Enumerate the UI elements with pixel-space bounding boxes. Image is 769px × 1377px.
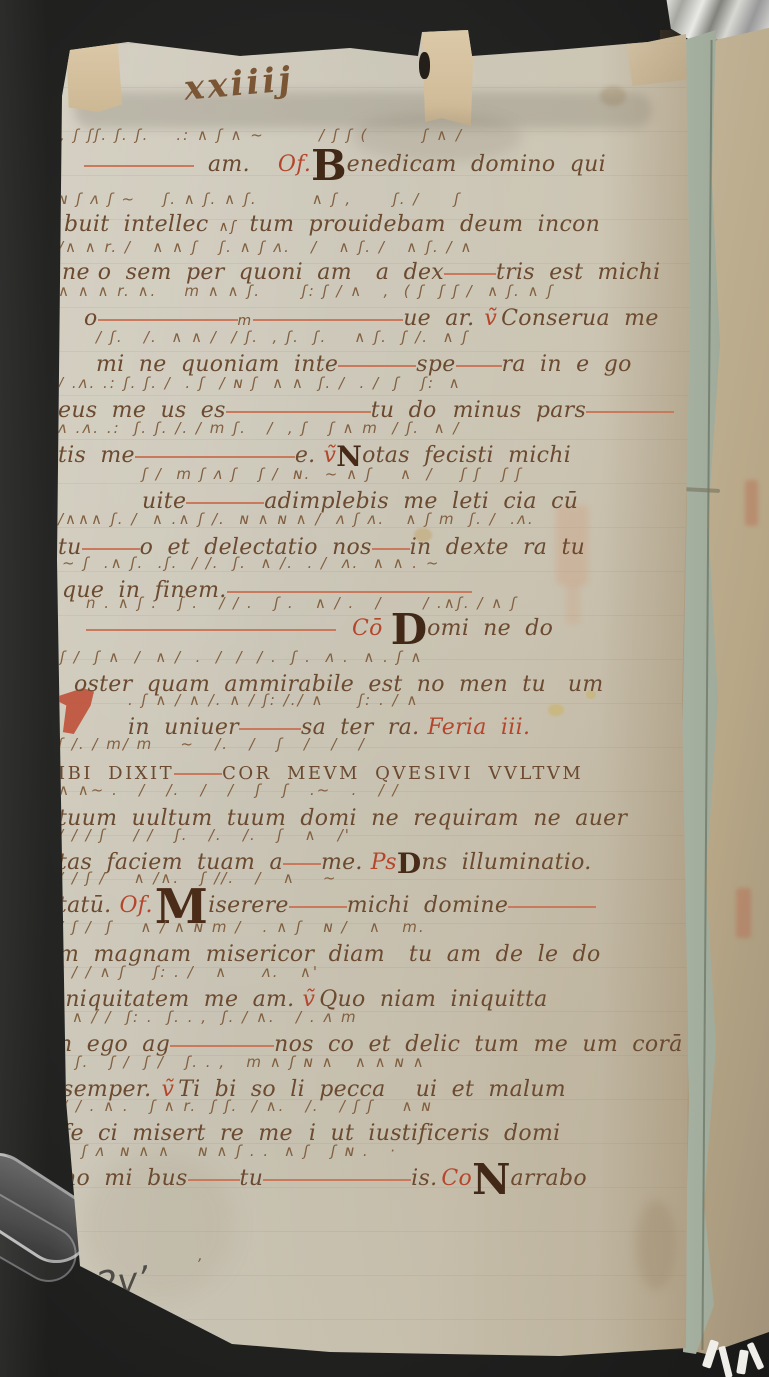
latin-text: enedicam domino qui [347, 152, 606, 177]
red-filler-line [444, 264, 496, 279]
neume-line: / ʃ / ʃ ∧ / ∧ ɴ m / . ∧ ʃ ɴ / ∧ m. [58, 918, 426, 936]
sewing-thread [747, 1342, 765, 1370]
neume-line: , [198, 1246, 205, 1264]
red-filler-line [98, 310, 238, 325]
red-filler-line [174, 764, 222, 779]
rubric: Feria iii. [427, 715, 530, 740]
spacer [474, 324, 484, 325]
latin-text: Conserua me [501, 306, 659, 331]
red-filler-line [135, 447, 295, 462]
parchment-hole [419, 52, 430, 79]
latin-text: am. [208, 152, 250, 177]
latin-text: no mi bus [62, 1166, 188, 1191]
decorated-initial: B [311, 141, 347, 190]
spacer [237, 230, 249, 231]
latin-text: minus pars [453, 398, 587, 423]
neume-line: ʃ /. / m/ m ~ /. / ʃ / / / [58, 735, 366, 753]
latin-text: ra in e go [502, 352, 632, 377]
rubric: Cō [352, 616, 383, 641]
spacer [546, 690, 568, 691]
sewing-thread [736, 1349, 749, 1374]
rubric: Co [441, 1166, 472, 1191]
spacer [469, 634, 483, 635]
latin-text: ui et malum [416, 1077, 566, 1102]
red-filler-line [586, 402, 674, 417]
red-filler-line [239, 719, 301, 734]
latin-text: buit intellec [64, 212, 209, 237]
latin-text: michi domine [347, 893, 508, 918]
neume-line: n . ∧ ʃ . ʃ . / / . ʃ . ∧ / . / / .∧ʃ. /… [86, 594, 518, 612]
neume-line: ∧ ∧~ . / /. / / ʃ ʃ .~ . / / [58, 781, 400, 799]
latin-text: tatū. [58, 893, 111, 918]
latin-text: ns illuminatio. [421, 850, 591, 875]
neume-line: , ʃ ʃʃ. ʃ. ʃ. .: ∧ ʃ ∧ ~ / ʃ ʃ ( ʃ ∧ / [60, 126, 463, 144]
latin-text: tu [240, 1166, 264, 1191]
text-line: buit intellec∧ʃtum prouidebam deum incon [64, 212, 600, 238]
text-line: CōDomine do [86, 616, 553, 643]
spacer [209, 230, 219, 231]
red-filler-line [372, 539, 410, 554]
rubric: ṽ [484, 306, 497, 331]
neume-line: ∧ ʃ ʌ ɴ ∧ ∧ ɴ ∧ ʃ . . ∧ ʃ ʃ ɴ . · [62, 1142, 397, 1160]
latin-text: tum prouidebam deum incon [249, 212, 600, 237]
spacer [250, 170, 278, 171]
decorated-initial: N [472, 1155, 510, 1204]
parchment-leaf: xxiiij 2v’ , ʃ ʃʃ. ʃ. ʃ. .: ∧ ʃ ∧ ~ / ʃ … [0, 0, 769, 1377]
spacer [194, 170, 208, 171]
leaf-fold-shading [600, 0, 690, 1377]
spacer [363, 868, 371, 869]
red-filler-line [456, 356, 502, 371]
rubric: Of. [119, 893, 152, 918]
spacer [386, 1095, 416, 1096]
red-filler-line [253, 310, 403, 325]
neume-line: / ʃ. /. ∧ ∧ / / ʃ. , ʃ. ʃ. ∧ ʃ. ʃ /. ∧ ʃ [96, 328, 469, 346]
red-filler-line [82, 539, 140, 554]
show-through-mark [736, 888, 751, 938]
text-line: tatū.Of.Misereremichi domine [58, 893, 596, 920]
neume-line: / / . ∧ . ʃ ∧ r. ʃ ʃ. / ∧. /. / ʃ ʃ ∧ ɴ [62, 1097, 433, 1115]
latin-text: tis me [58, 443, 135, 468]
neume-line: ɴ ʃ ʌ ʃ ~ ʃ. ∧ ʃ. ∧ ʃ. ∧ ʃ , ʃ. / ʃ [58, 190, 461, 208]
latin-text: tu am de le do [409, 942, 601, 967]
red-filler-line [289, 897, 347, 912]
neume-line: / / / ∧ ʃ ʃ: . / ∧ ʌ. ∧' [58, 963, 319, 981]
sewing-thread [718, 1346, 733, 1377]
neume-line: / ∧ / / ʃ: . ʃ. . , ʃ. / ∧. / . ʌ m [58, 1008, 358, 1026]
spacer [151, 1095, 161, 1096]
neume-line: ʌ .ʌ. .: ʃ. ʃ. /. / m ʃ. / , ʃ ʃ ∧ m / ʃ… [58, 419, 460, 437]
red-filler-line [86, 620, 336, 635]
neume-line: / .ʌ. .: ʃ. ʃ. / . ʃ / ɴ ʃ ∧ ∧ ʃ. / . / … [58, 374, 462, 392]
latin-text: um [568, 672, 604, 697]
pencil-foliation: 2v’ [94, 1259, 151, 1305]
neume-line: . ʃ ∧ / ∧ /. ∧ / ʃ: /./ ∧ ʃ: . / ∧ [128, 691, 419, 709]
spacer [437, 416, 453, 417]
red-filler-line [263, 1170, 411, 1185]
latin-text: is. [411, 1166, 437, 1191]
latin-text: arrabo [510, 1166, 586, 1191]
text-line: am.Of.Benedicam domino qui [84, 152, 606, 179]
repair-tape [64, 36, 122, 112]
stain-band [74, 92, 652, 128]
neume-line: /∧∧∧ ʃ. / ∧ .∧ ʃ /. ɴ ∧ ɴ ∧ / ʌ ʃ ʌ. ∧ ʃ… [58, 510, 535, 528]
red-filler-line [188, 1170, 240, 1185]
red-filler-line [186, 493, 264, 508]
red-filler-line [170, 1036, 274, 1051]
rubric: Of. [278, 152, 311, 177]
rubric: Ps [371, 850, 397, 875]
neume-line: . ʃ. ʃ / ʃ / ʃ. . , m ∧ ʃ ɴ ∧ ∧ ∧ ɴ ∧ [62, 1053, 426, 1071]
small-initial: D [397, 847, 422, 880]
red-filler-line [338, 356, 416, 371]
neume-line: / / / ʃ / / ʃ. /. /. ʃ ∧ /' [58, 826, 351, 844]
neume-line: ʃ / m ʃ ʌ ʃ ʃ / ɴ. ~ ∧ ʃ ∧ / ʃ ʃ ʃ ʃ [142, 465, 523, 483]
show-through-initial [566, 582, 580, 624]
spacer [352, 278, 376, 279]
latin-text: iserere [208, 893, 289, 918]
latin-text: ne do [483, 616, 553, 641]
inline-neume: ∧ʃ [219, 219, 238, 235]
inline-neume: m [238, 313, 254, 329]
neume-line: ʃ / ʃ ∧ / ∧ / . / / / . ʃ . ʌ . ∧ . ʃ ∧ [60, 648, 423, 666]
latin-text: omi [427, 616, 469, 641]
red-filler-line [283, 854, 321, 869]
spacer [336, 634, 352, 635]
red-filler-line [226, 402, 371, 417]
neume-line: ~ ʃ .∧ ʃ. .ʃ. / /. ʃ. ∧ /. . / ʌ. ∧ ∧ . … [62, 554, 440, 572]
neume-line: ∧ ∧ ∧ r. ∧. m ∧ ∧ ʃ. ʃ: ʃ / ∧ , ( ʃ ʃ ʃ … [58, 282, 554, 300]
decorated-initial: D [391, 605, 427, 654]
spacer [90, 278, 98, 279]
text-line: no mi bustuis.CoNarrabo [62, 1166, 587, 1193]
stain [548, 704, 564, 716]
red-filler-line [508, 897, 596, 912]
manuscript-photo: xxiiij 2v’ , ʃ ʃʃ. ʃ. ʃ. .: ∧ ʃ ∧ ~ / ʃ … [0, 0, 769, 1377]
neume-line: /∧ ∧ r. / ∧ ∧ ʃ ʃ. ∧ ʃ ʌ. / ∧ ʃ. / ∧ ʃ. … [58, 238, 473, 256]
spacer [383, 634, 391, 635]
spacer [293, 1139, 309, 1140]
show-through-mark [745, 480, 758, 526]
red-filler-line [84, 156, 194, 171]
spacer [385, 960, 409, 961]
